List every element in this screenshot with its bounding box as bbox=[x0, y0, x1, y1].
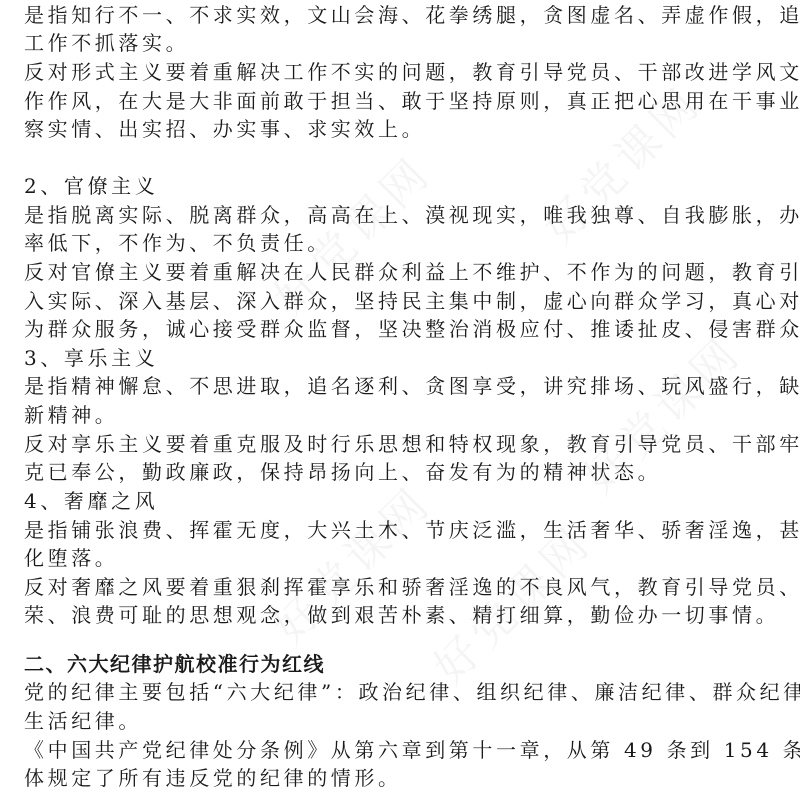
hedonism-definition-line-1: 是指精神懈怠、不思进取，追名逐利、贪图享受，讲究排场、玩风盛行，缺乏忧患意识和创 bbox=[24, 372, 800, 400]
extravagance-remedy-line-2: 荣、浪费可耻的思想观念，做到艰苦朴素、精打细算，勤俭办一切事情。 bbox=[24, 601, 779, 629]
section-heading-six-disciplines: 二、六大纪律护航校准行为红线 bbox=[24, 650, 325, 678]
bureaucratism-definition-line-2: 率低下，不作为、不负责任。 bbox=[24, 229, 331, 257]
formalism-remedy-line-2: 作作风，在大是大非面前敢于担当、敢于坚持原则，真正把心思用在干事业上，把功夫下到 bbox=[24, 87, 800, 115]
formalism-definition-line-1: 是指知行不一、不求实效，文山会海、花拳绣腿，贪图虚名、弄虚作假，追求形式、务虚功… bbox=[24, 1, 800, 29]
regulations-line-1: 《中国共产党纪律处分条例》从第六章到第十一章，从第 49 条到 154 条，总共… bbox=[24, 736, 800, 764]
hedonism-title: 3、享乐主义 bbox=[24, 344, 158, 372]
extravagance-remedy-line-1: 反对奢靡之风要着重狠刹挥霍享乐和骄奢淫逸的不良风气，教育引导党员、干部坚守节约光 bbox=[24, 573, 800, 601]
six-disciplines-line-1: 党的纪律主要包括“六大纪律”：政治纪律、组织纪律、廉洁纪律、群众纪律、工作纪律、 bbox=[24, 678, 800, 706]
document-page: 好党课网 好党课网 好党课网 好党课网 好党课网 是指知行不一、不求实效，文山会… bbox=[0, 0, 800, 800]
hedonism-remedy-line-2: 克已奉公，勤政廉政，保持昂扬向上、奋发有为的精神状态。 bbox=[24, 458, 661, 486]
formalism-remedy-line-3: 察实情、出实招、办实事、求实效上。 bbox=[24, 115, 425, 143]
bureaucratism-remedy-line-1: 反对官僚主义要着重解决在人民群众利益上不维护、不作为的问题，教育引导党员、干部深 bbox=[24, 258, 800, 286]
hedonism-definition-line-2: 新精神。 bbox=[24, 401, 118, 429]
regulations-line-2: 体规定了所有违反党的纪律的情形。 bbox=[24, 764, 402, 792]
bureaucratism-remedy-line-3: 为群众服务，诚心接受群众监督，坚决整治消极应付、推诿扯皮、侵害群众利益的问题。 bbox=[24, 315, 800, 343]
formalism-remedy-line-1: 反对形式主义要着重解决工作不实的问题，教育引导党员、干部改进学风文风会风，改进工 bbox=[24, 58, 800, 86]
six-disciplines-line-2: 生活纪律。 bbox=[24, 707, 142, 735]
bureaucratism-definition-line-1: 是指脱离实际、脱离群众，高高在上、漠视现实，唯我独尊、自我膨胀，办事推诿扯皮，效 bbox=[24, 201, 800, 229]
extravagance-definition-line-1: 是指铺张浪费、挥霍无度，大兴土木、节庆泛滥，生活奢华、骄奢淫逸，甚至以权谋私、腐 bbox=[24, 516, 800, 544]
extravagance-definition-line-2: 化堕落。 bbox=[24, 544, 118, 572]
bureaucratism-remedy-line-2: 入实际、深入基层、深入群众，坚持民主集中制，虚心向群众学习，真心对群众负责，热心 bbox=[24, 287, 800, 315]
bureaucratism-title: 2、官僚主义 bbox=[24, 172, 158, 200]
hedonism-remedy-line-1: 反对享乐主义要着重克服及时行乐思想和特权现象，教育引导党员、干部牢记“两个务必”… bbox=[24, 430, 800, 458]
extravagance-title: 4、奢靡之风 bbox=[24, 487, 158, 515]
formalism-definition-line-2: 工作不抓落实。 bbox=[24, 29, 189, 57]
